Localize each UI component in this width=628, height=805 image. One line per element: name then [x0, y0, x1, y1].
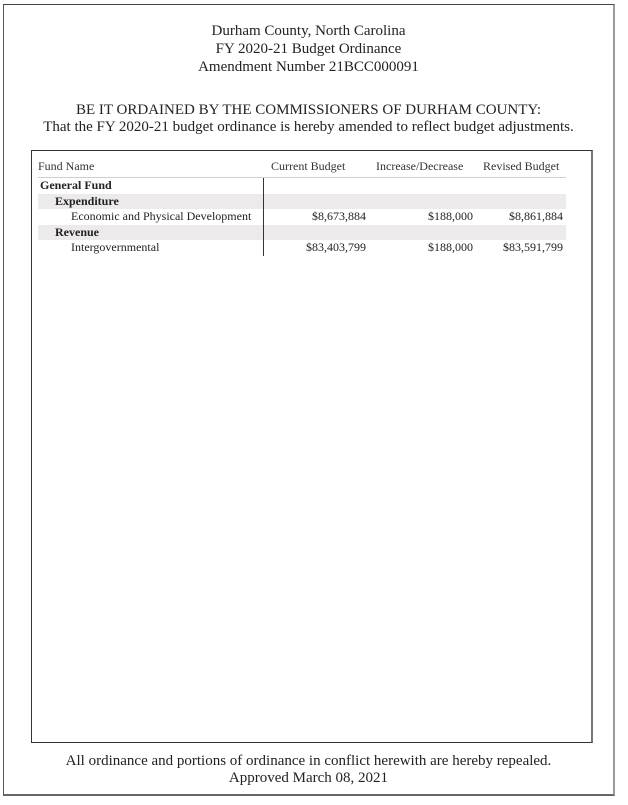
increase-decrease — [369, 178, 476, 194]
increase-decrease — [369, 225, 476, 241]
current-budget — [264, 194, 369, 210]
table-row-expenditure: Expenditure — [38, 194, 566, 210]
repeal-statement: All ordinance and portions of ordinance … — [4, 753, 613, 770]
table-header-row: Fund Name Current Budget Increase/Decrea… — [38, 155, 566, 178]
revised-budget: $83,591,799 — [476, 240, 566, 256]
table-row-revenue: Revenue — [38, 225, 566, 241]
column-header-increase-decrease: Increase/Decrease — [372, 155, 479, 177]
fund-name: General Fund — [38, 178, 264, 194]
fund-name: Expenditure — [38, 194, 264, 210]
column-header-current-budget: Current Budget — [267, 155, 372, 177]
ordinance-title: FY 2020-21 Budget Ordinance — [4, 40, 613, 58]
table-row-economic-physical-development: Economic and Physical Development $8,673… — [38, 209, 566, 225]
fund-name: Intergovernmental — [38, 240, 264, 256]
revised-budget — [476, 225, 566, 241]
increase-decrease — [369, 194, 476, 210]
amendment-number: Amendment Number 21BCC000091 — [4, 58, 613, 76]
column-header-fund-name: Fund Name — [38, 155, 264, 177]
county-title: Durham County, North Carolina — [4, 22, 613, 40]
increase-decrease: $188,000 — [369, 209, 476, 225]
current-budget — [264, 178, 369, 194]
revised-budget — [476, 194, 566, 210]
current-budget: $83,403,799 — [264, 240, 369, 256]
document-header: Durham County, North Carolina FY 2020-21… — [4, 22, 613, 76]
approval-date: Approved March 08, 2021 — [4, 770, 613, 787]
column-header-revised-budget: Revised Budget — [479, 155, 569, 177]
ordain-statement: BE IT ORDAINED BY THE COMMISSIONERS OF D… — [4, 102, 613, 136]
ordinance-page: Durham County, North Carolina FY 2020-21… — [3, 4, 615, 796]
table-body: General Fund Expenditure Economic and Ph… — [38, 178, 566, 256]
revised-budget: $8,861,884 — [476, 209, 566, 225]
table-row-general-fund: General Fund — [38, 178, 566, 194]
document-footer: All ordinance and portions of ordinance … — [4, 753, 613, 787]
budget-table: Fund Name Current Budget Increase/Decrea… — [38, 155, 566, 256]
table-row-intergovernmental: Intergovernmental $83,403,799 $188,000 $… — [38, 240, 566, 256]
current-budget — [264, 225, 369, 241]
budget-table-box: Fund Name Current Budget Increase/Decrea… — [31, 150, 593, 743]
ordain-heading: BE IT ORDAINED BY THE COMMISSIONERS OF D… — [4, 102, 613, 119]
revised-budget — [476, 178, 566, 194]
fund-name: Revenue — [38, 225, 264, 241]
current-budget: $8,673,884 — [264, 209, 369, 225]
ordain-text: That the FY 2020-21 budget ordinance is … — [4, 119, 613, 136]
increase-decrease: $188,000 — [369, 240, 476, 256]
fund-name: Economic and Physical Development — [38, 209, 264, 225]
